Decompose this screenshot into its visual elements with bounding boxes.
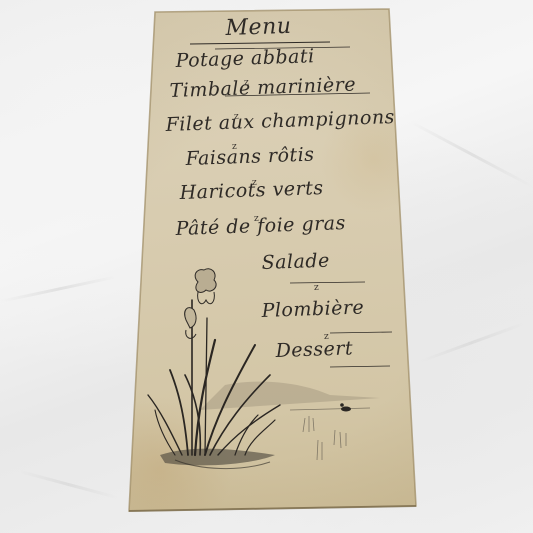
separator-mark: z [314, 283, 319, 293]
menu-item-8: Plombière [261, 296, 364, 322]
menu-item-7: Salade [261, 250, 330, 274]
menu-item-4: Faisans rôtis [185, 144, 315, 170]
menu-text: Menu Potage abbati z Timbale marinière z… [0, 0, 533, 533]
menu-item-9: Dessert [275, 337, 353, 362]
menu-card: Menu Potage abbati z Timbale marinière z… [0, 0, 533, 533]
